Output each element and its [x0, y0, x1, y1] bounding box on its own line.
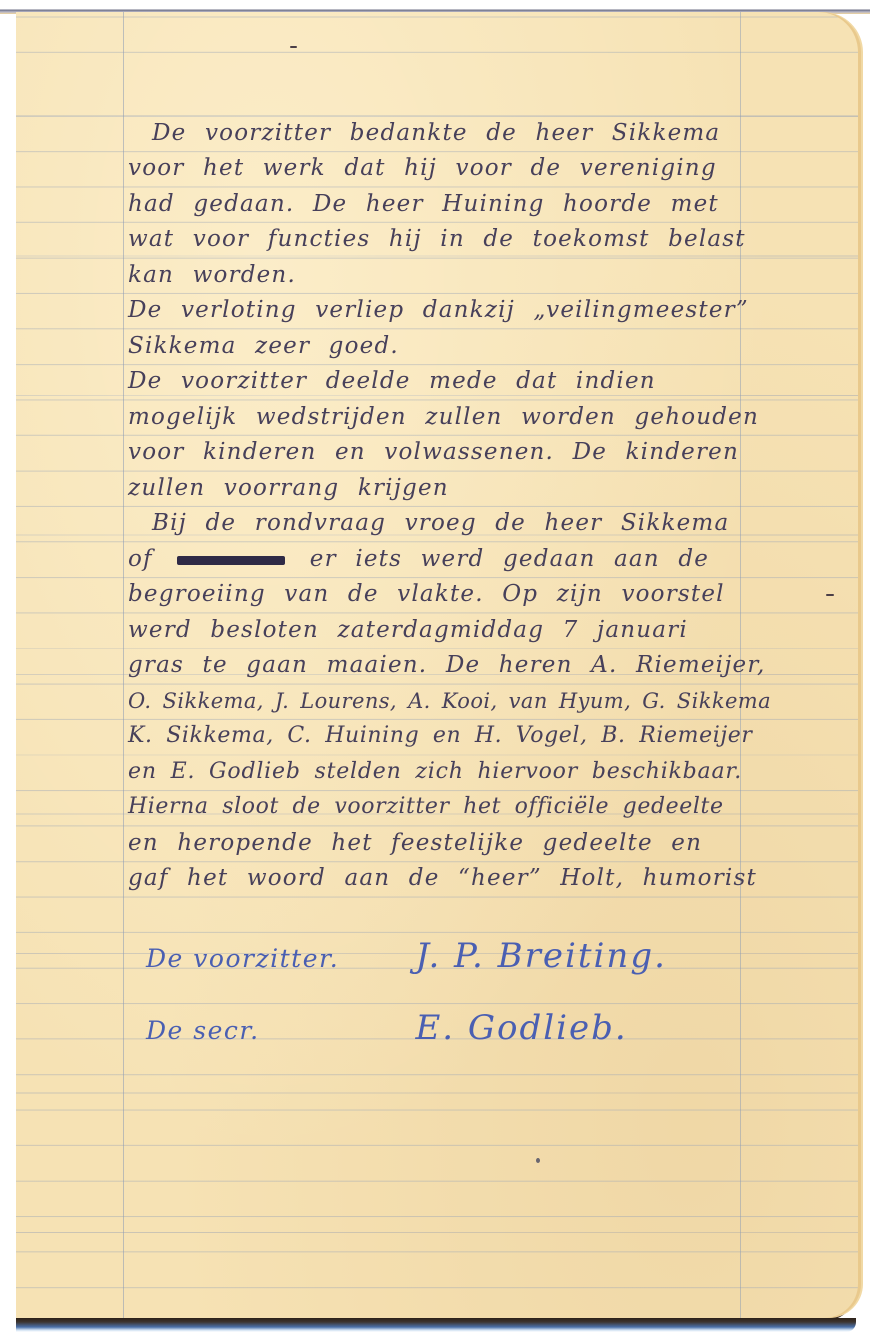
- secretary-label: De secr.: [146, 1011, 406, 1051]
- text-line: voor kinderen en volwassenen. De kindere…: [128, 435, 848, 469]
- secretary-signature: E. Godlieb.: [415, 1008, 627, 1048]
- text-line: mogelijk wedstrijden zullen worden gehou…: [128, 400, 848, 434]
- text-line: voor het werk dat hij voor de vereniging: [128, 151, 848, 185]
- notebook-page: De voorzitter bedankte de heer Sikkema v…: [16, 12, 858, 1318]
- text-fragment: er iets werd gedaan aan de: [310, 546, 709, 572]
- text-line: zullen voorrang krijgen: [128, 471, 848, 505]
- text-line: werd besloten zaterdagmiddag 7 januari: [128, 613, 848, 647]
- text-line: Sikkema zeer goed.: [128, 329, 848, 363]
- text-line: gras te gaan maaien. De heren A. Riemeij…: [128, 648, 848, 682]
- text-line: had gedaan. De heer Huining hoorde met: [128, 187, 848, 221]
- text-fragment: of: [128, 546, 153, 572]
- page-bottom-edge: [16, 1318, 856, 1332]
- ink-mark: [290, 46, 297, 48]
- text-line: en heropende het feestelijke gedeelte en: [128, 826, 848, 860]
- text-line: Bij de rondvraag vroeg de heer Sikkema: [152, 506, 872, 540]
- text-line: De voorzitter bedankte de heer Sikkema: [152, 116, 872, 150]
- text-line: en E. Godlieb stelden zich hiervoor besc…: [128, 755, 848, 789]
- text-line: De verloting verliep dankzij „veilingmee…: [128, 293, 848, 327]
- ink-speck: [536, 1158, 540, 1163]
- chair-signature-line: De voorzitter. J. P. Breiting.: [146, 936, 667, 979]
- secretary-signature-line: De secr. E. Godlieb.: [146, 1008, 628, 1051]
- text-line-with-strike: of er iets werd gedaan aan de: [128, 542, 848, 576]
- text-line: gaf het woord aan de “heer” Holt, humori…: [128, 861, 848, 895]
- text-line: O. Sikkema, J. Lourens, A. Kooi, van Hyu…: [128, 684, 848, 718]
- text-line: kan worden.: [128, 258, 848, 292]
- struck-out-word: [177, 556, 285, 565]
- text-line: De voorzitter deelde mede dat indien: [128, 364, 848, 398]
- chair-label: De voorzitter.: [146, 939, 406, 979]
- text-line: Hierna sloot de voorzitter het officiële…: [128, 790, 848, 824]
- text-line: K. Sikkema, C. Huining en H. Vogel, B. R…: [128, 719, 848, 753]
- chair-signature: J. P. Breiting.: [415, 936, 666, 976]
- text-line: begroeiing van de vlakte. Op zijn voorst…: [128, 577, 848, 611]
- left-margin-line: [123, 12, 124, 1318]
- text-line: wat voor functies hij in de toekomst bel…: [128, 222, 848, 256]
